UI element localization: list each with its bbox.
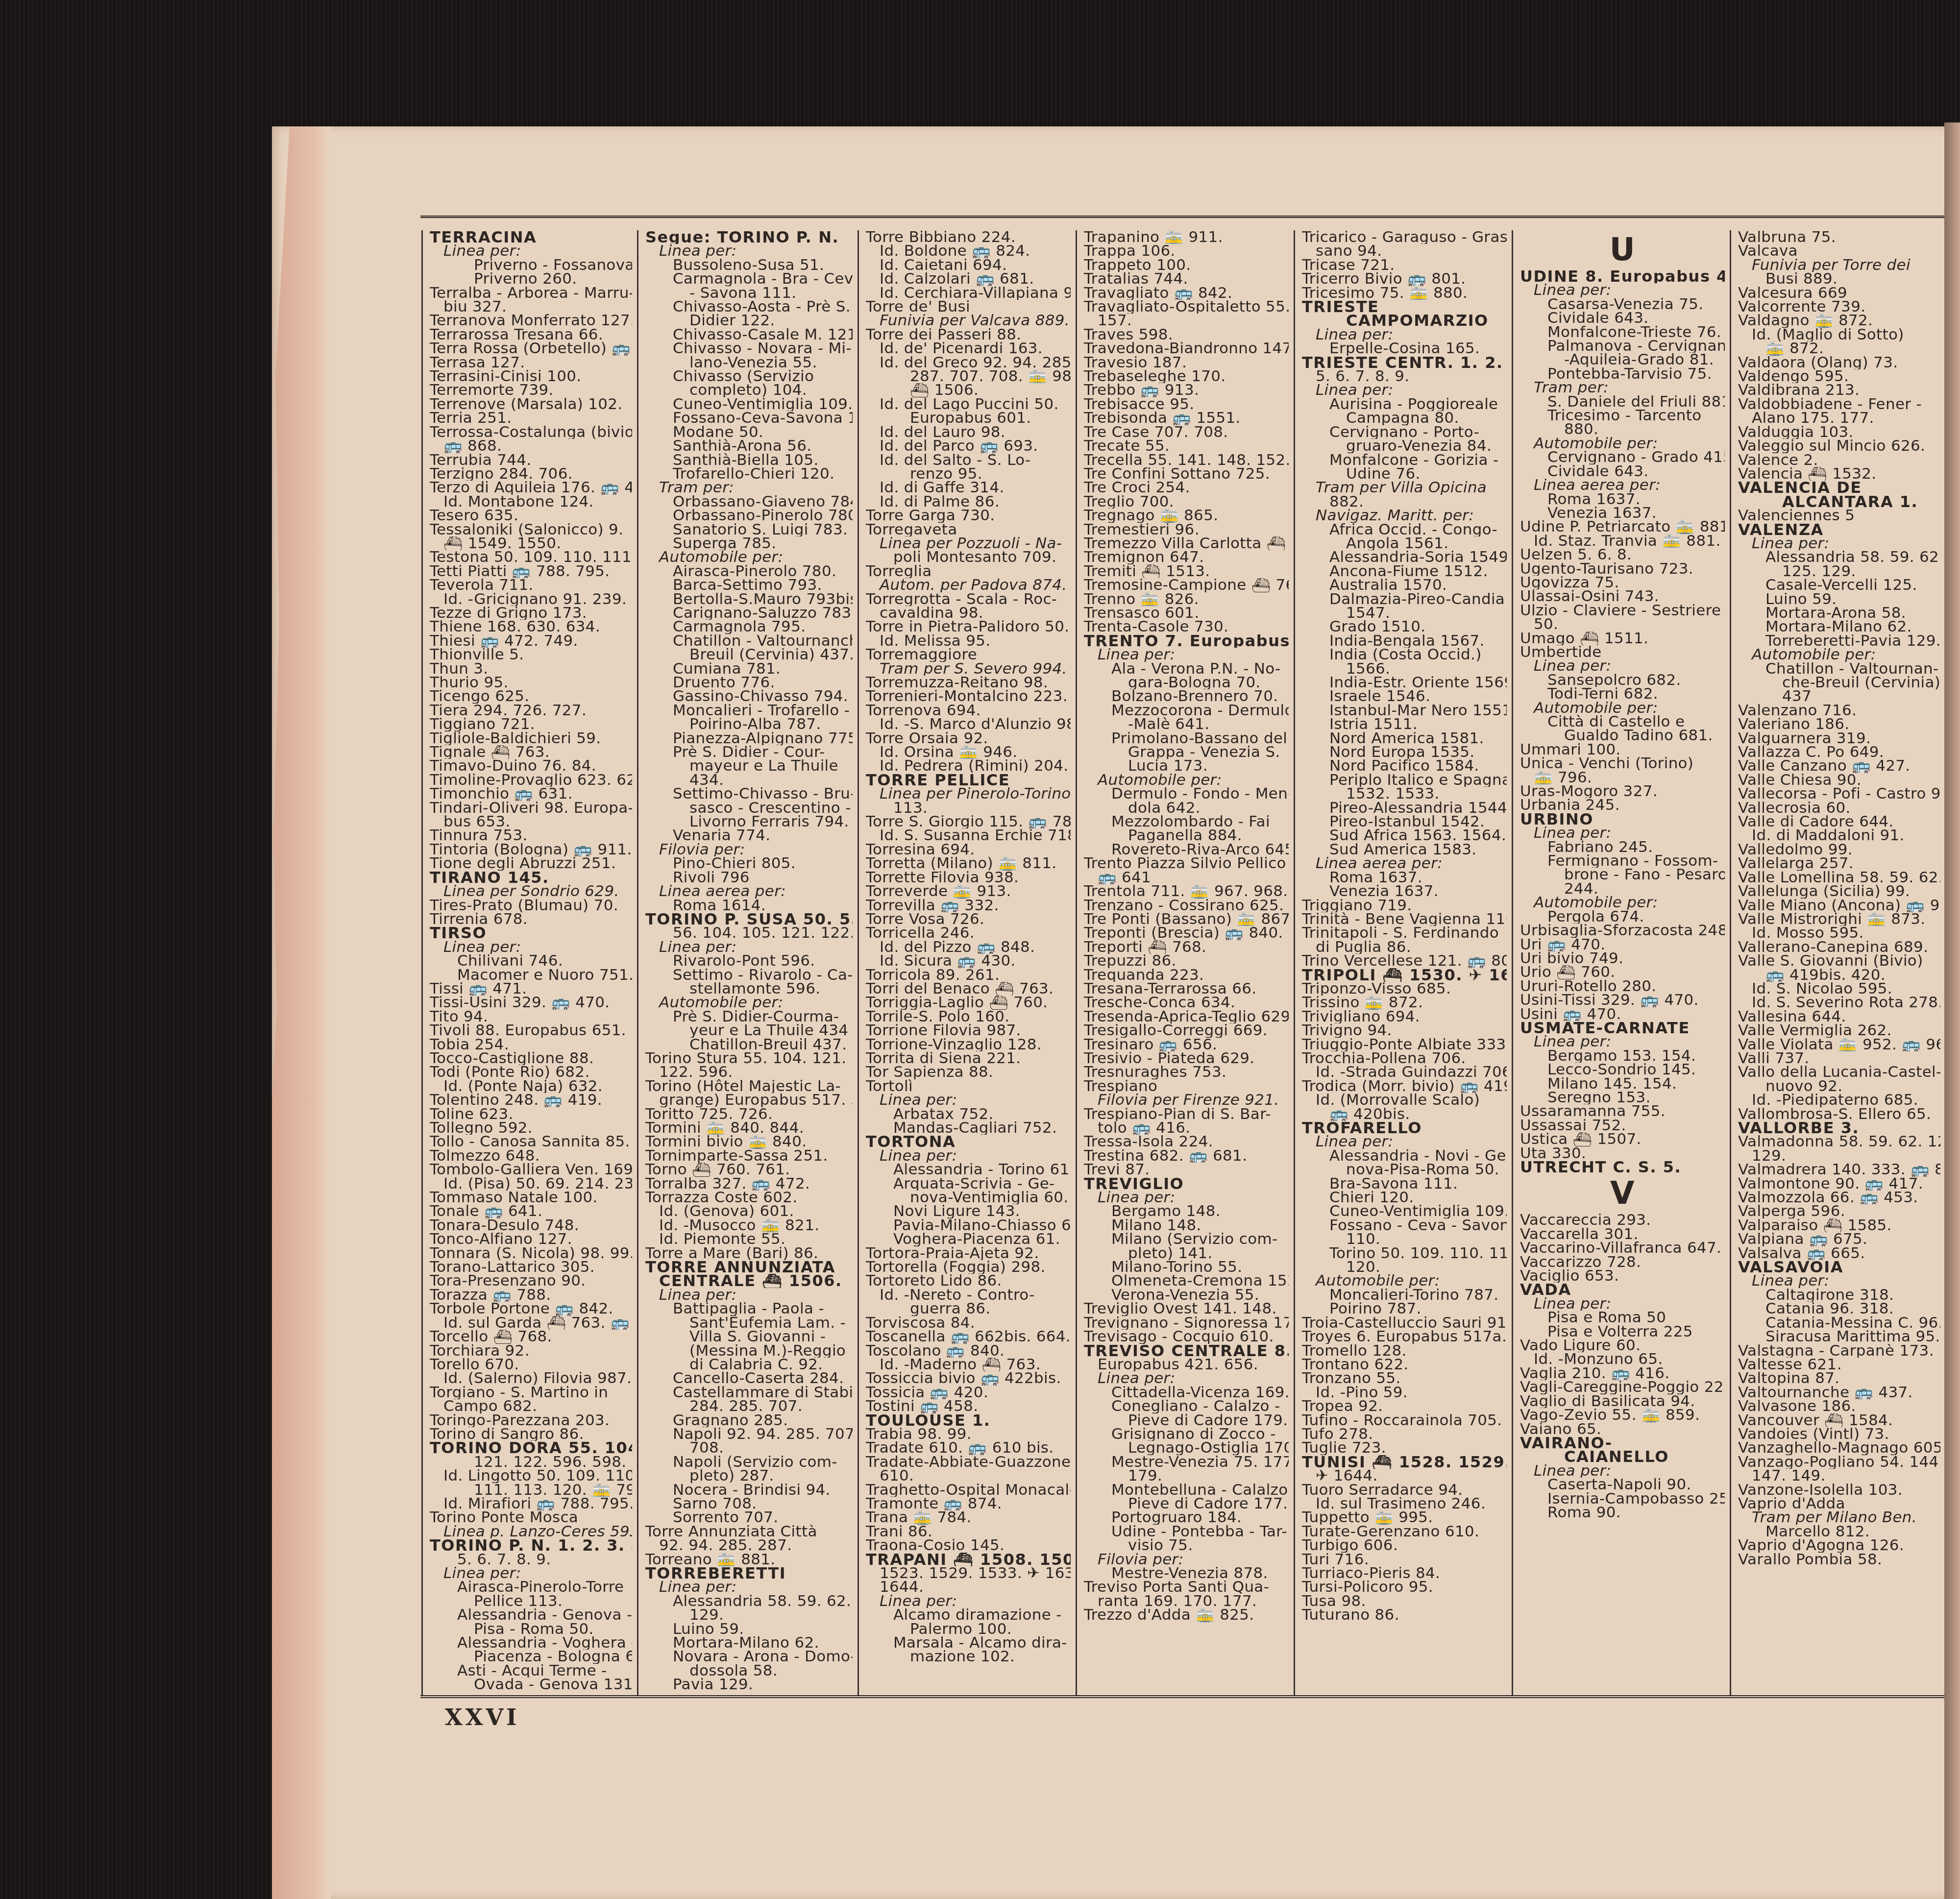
index-entry: Cervignano - Grado 415: [1520, 450, 1725, 464]
index-entry: Cumiana 781.: [645, 662, 853, 676]
index-entry: Castellammare di Stabia: [645, 1386, 853, 1399]
index-entry: 🚌 868.: [430, 439, 632, 453]
index-entry: dola 642.: [1084, 801, 1289, 815]
station-heading: UDINE 8. Europabus 424.: [1520, 269, 1725, 283]
index-entry: Torriggia-Laglio ⛴ 760.: [866, 996, 1071, 1009]
index-entry: Trinitapoli - S. Ferdinando: [1302, 926, 1507, 940]
index-entry: Usini 🚌 470.: [1520, 1007, 1725, 1021]
index-entry: Grado 1510.: [1302, 620, 1507, 633]
index-entry: Urbania 245.: [1520, 798, 1725, 812]
index-entry: Roma 90.: [1520, 1506, 1725, 1519]
index-entry: Valdagno 🚋 872.: [1738, 314, 1940, 327]
index-entry: ⛴ 1549. 1550.: [430, 536, 632, 550]
index-entry: Moncalieri - Trofarello -: [645, 704, 853, 717]
station-heading: Segue: TORINO P. N.: [645, 230, 853, 244]
index-entry: Valsalva 🚌 665.: [1738, 1246, 1940, 1260]
index-entry: Luino 59.: [645, 1622, 853, 1636]
station-heading: CAMPOMARZIO: [1302, 314, 1507, 327]
station-heading: VADA: [1520, 1283, 1725, 1296]
index-entry: Torazza 🚌 788.: [430, 1288, 632, 1302]
index-entry: Filovia per:: [645, 843, 853, 856]
index-entry: sasco - Crescentino -: [645, 801, 853, 815]
index-entry: 1532. 1533.: [1302, 787, 1507, 801]
index-entry: Torretta (Milano) 🚋 811.: [866, 856, 1071, 870]
index-entry: Torino Stura 55. 104. 121.: [645, 1051, 853, 1065]
index-entry: Conegliano - Calalzo -: [1084, 1399, 1289, 1413]
index-entry: Santhià-Biella 105.: [645, 453, 853, 467]
index-entry: Città di Castello e: [1520, 715, 1725, 729]
index-entry: Trensasco 601.: [1084, 606, 1289, 620]
index-entry: Valle Miano (Ancona) 🚌 937.: [1738, 899, 1940, 912]
index-entry: Valeggio sul Mincio 626.: [1738, 439, 1940, 453]
index-entry: Istanbul-Mar Nero 1551: [1302, 704, 1507, 717]
index-entry: Pino-Chieri 805.: [645, 856, 853, 870]
index-entry: Vallecrosia 60.: [1738, 801, 1940, 815]
index-entry: Id. -Piedipaterno 685.: [1738, 1093, 1940, 1107]
index-entry: Turbigo 606.: [1302, 1538, 1507, 1552]
index-entry: Tram per Villa Opicina: [1302, 481, 1507, 494]
index-entry: ⛴ 1506.: [866, 383, 1071, 397]
index-entry: Id. di Palme 86.: [866, 495, 1071, 509]
index-entry: Ururi-Rotello 280.: [1520, 979, 1725, 993]
index-entry: Didier 122.: [645, 314, 853, 327]
index-entry: Trevignano - Signoressa 177.: [1084, 1316, 1289, 1330]
index-entry: Tufo 278.: [1302, 1427, 1507, 1441]
index-entry: poli Montesanto 709.: [866, 550, 1071, 564]
index-entry: Trepuzzi 86.: [1084, 954, 1289, 968]
index-entry: Tornimparte-Sassa 251.: [645, 1149, 853, 1163]
index-entry: Campagna 80.: [1302, 411, 1507, 425]
index-entry: Unica - Venchi (Torino): [1520, 756, 1725, 770]
index-entry: Istria 1511.: [1302, 717, 1507, 731]
index-entry: Alessandria 58. 59. 62.: [645, 1594, 853, 1608]
index-entry: Id. Sicura 🚌 430.: [866, 954, 1071, 968]
index-entry: Automobile per:: [1084, 773, 1289, 787]
index-entry: Tufino - Roccarainola 705.: [1302, 1413, 1507, 1427]
index-entry: Id. di Gaffe 314.: [866, 481, 1071, 494]
index-entry: Trissino 🚋 872.: [1302, 996, 1507, 1009]
index-entry: Tires-Prato (Blumau) 70.: [430, 899, 632, 912]
index-entry: Vaccarizzo 728.: [1520, 1255, 1725, 1269]
index-entry: Tolmezzo 648.: [430, 1149, 632, 1163]
index-entry: Linea per:: [430, 940, 632, 954]
index-entry: Modane 50.: [645, 425, 853, 439]
index-entry: Pisa e Volterra 225: [1520, 1325, 1725, 1339]
index-entry: Linea per:: [1520, 659, 1725, 673]
index-entry: 110.: [1302, 1232, 1507, 1246]
index-entry: Verona-Venezia 55.: [1084, 1288, 1289, 1302]
index-entry: Vaccarino-Villafranca 647.: [1520, 1241, 1725, 1255]
index-entry: nova-Ventimiglia 60.: [866, 1191, 1071, 1204]
index-entry: Timonchio 🚌 631.: [430, 787, 632, 801]
index-entry: Torresina 694.: [866, 843, 1071, 856]
index-entry: Sud Africa 1563. 1564.: [1302, 828, 1507, 842]
index-entry: Tregnago 🚋 865.: [1084, 509, 1289, 522]
index-entry: Settimo-Chivasso - Bru-: [645, 787, 853, 801]
index-entry: 56. 104. 105. 121. 122.: [645, 926, 853, 940]
index-entry: Terranova Monferrato 127.: [430, 314, 632, 327]
index-entry: Tuoro Serradarce 94.: [1302, 1483, 1507, 1497]
index-entry: Tivoli 88. Europabus 651.: [430, 1023, 632, 1037]
index-entry: Tortora-Praia-Ajeta 92.: [866, 1246, 1071, 1260]
index-entry: Id. Piemonte 55.: [645, 1232, 853, 1246]
index-entry: Id. -Pino 59.: [1302, 1386, 1507, 1399]
index-entry: Tremiti ⛴ 1513.: [1084, 564, 1289, 578]
index-entry: Automobile per:: [645, 996, 853, 1009]
index-entry: Campo 682.: [430, 1399, 632, 1413]
index-entry: Id. di Maddaloni 91.: [1738, 828, 1940, 842]
index-entry: tolo 🚌 416.: [1084, 1121, 1289, 1135]
index-entry: Caltagirone 318.: [1738, 1288, 1940, 1302]
index-entry: Torregaveta: [866, 523, 1071, 536]
index-entry: Ovada - Genova 131.: [430, 1678, 632, 1691]
index-entry: 122. 596.: [645, 1065, 853, 1079]
index-entry: Linea per:: [1738, 1274, 1940, 1288]
page-fold: [1944, 122, 1960, 1899]
index-entry: 🚋 796.: [1520, 771, 1725, 784]
index-entry: Mestre-Venezia 878.: [1084, 1566, 1289, 1580]
index-entry: Valmadonna 58. 59. 62. 125.: [1738, 1135, 1940, 1148]
index-entry: Trappeto 100.: [1084, 258, 1289, 272]
station-heading: TORINO P. N. 1. 2. 3. 4.: [430, 1538, 632, 1552]
index-entry: Id. S. Nicolao 595.: [1738, 982, 1940, 996]
index-entry: Chatillon - Valtournan-: [1738, 662, 1940, 676]
index-entry: Turriaco-Pieris 84.: [1302, 1566, 1507, 1580]
station-heading: TUNISI ⛴ 1528. 1529.: [1302, 1455, 1507, 1469]
index-entry: Linea per Sondrio 629.: [430, 884, 632, 898]
index-entry: Urio ⛴ 760.: [1520, 965, 1725, 979]
index-entry: Tintoria (Bologna) 🚌 911.: [430, 843, 632, 856]
index-entry: Ulassai-Osini 743.: [1520, 589, 1725, 603]
index-entry: Tram per Milano Ben.: [1738, 1510, 1940, 1524]
index-entry: India-Estr. Oriente 1569: [1302, 676, 1507, 689]
index-entry: Valdibrana 213.: [1738, 383, 1940, 397]
index-entry: Cuneo-Ventimiglia 109.: [1302, 1204, 1507, 1218]
index-entry: Barca-Settimo 793.: [645, 578, 853, 592]
index-entry: Vallombrosa-S. Ellero 65.: [1738, 1107, 1940, 1121]
index-entry: Id. (Maglio di Sotto): [1738, 328, 1940, 341]
index-entry: Tricarico - Garaguso - Gras-: [1302, 230, 1507, 244]
index-entry: Chatillon-Breuil 437.: [645, 1038, 853, 1051]
station-heading: TORINO DORA 55. 104.: [430, 1441, 632, 1455]
index-entry: Trebisonda 🚌 1551.: [1084, 411, 1289, 425]
index-entry: Poirino-Alba 787.: [645, 717, 853, 731]
index-entry: (Messina M.)-Reggio: [645, 1344, 853, 1358]
index-entry: Vallesina 644.: [1738, 1010, 1940, 1023]
index-entry: Torano-Lattarico 305.: [430, 1260, 632, 1274]
index-entry: Milano (Servizio com-: [1084, 1232, 1289, 1246]
index-entry: Trecella 55. 141. 148. 152.: [1084, 453, 1289, 467]
index-entry: Torrenieri-Montalcino 223.: [866, 689, 1071, 703]
index-entry: Catania 96. 318.: [1738, 1302, 1940, 1315]
index-entry: 434.: [645, 773, 853, 787]
index-entry: - Savona 111.: [645, 286, 853, 300]
section-letter: V: [1520, 1174, 1725, 1213]
index-entry: Catania-Messina C. 96.: [1738, 1316, 1940, 1330]
index-entry: Linea per Pinerolo-Torino: [866, 787, 1071, 801]
index-entry: Trani 86.: [866, 1525, 1071, 1538]
index-entry: Timavo-Duino 76. 84.: [430, 759, 632, 773]
index-entry: Valledolmo 99.: [1738, 843, 1940, 856]
index-entry: Tossiccia bivio 🚌 422bis.: [866, 1371, 1071, 1385]
index-entry: Valmadrera 140. 333. 🚌 834.: [1738, 1163, 1940, 1176]
index-entry: Tormini bivio 🚋 840.: [645, 1135, 853, 1148]
index-entry: Linea aerea per:: [1520, 478, 1725, 492]
index-entry: Sant'Eufemia Lam. -: [645, 1316, 853, 1330]
index-entry: Vanzone-Isolella 103.: [1738, 1483, 1940, 1497]
station-heading: TORRE ANNUNZIATA: [645, 1260, 853, 1274]
station-heading: ALCANTARA 1.: [1738, 495, 1940, 509]
index-entry: Id. del Lauro 98.: [866, 425, 1071, 439]
index-entry: Triggiano 719.: [1302, 899, 1507, 912]
index-entry: Sansepolcro 682.: [1520, 673, 1725, 687]
index-entry: Ugento-Taurisano 723.: [1520, 562, 1725, 576]
index-entry: Terrasa 127.: [430, 356, 632, 369]
index-entry: Prè S. Didier-Courma-: [645, 1010, 853, 1023]
index-entry: di Calabria C. 92.: [645, 1358, 853, 1371]
index-entry: Cividale 643.: [1520, 464, 1725, 478]
index-entry: Tindari-Oliveri 98. Europa-: [430, 801, 632, 815]
station-heading: TRIESTE CENTR. 1. 2. 3.: [1302, 356, 1507, 369]
index-entry: Tiera 294. 726. 727.: [430, 704, 632, 717]
index-entry: Terria 251.: [430, 411, 632, 425]
index-entry: Valmontone 90. 🚌 417.: [1738, 1177, 1940, 1191]
index-entry: Automobile per:: [1520, 437, 1725, 450]
index-entry: Id. del Greco 92. 94. 285.: [866, 356, 1071, 369]
index-entry: Valeriano 186.: [1738, 717, 1940, 731]
index-entry: Valle Canzano 🚌 427.: [1738, 759, 1940, 773]
index-entry: Torralba 327. 🚌 472.: [645, 1177, 853, 1191]
index-entry: Tresana-Terrarossa 66.: [1084, 982, 1289, 996]
index-entry: Pavia-Milano-Chiasso 60: [866, 1218, 1071, 1232]
index-entry: Tratalias 744.: [1084, 272, 1289, 286]
station-heading: TRENTO 7. Europabus 606.: [1084, 634, 1289, 648]
index-entry: Id. (Genova) 601.: [645, 1204, 853, 1218]
index-entry: Trocchia-Pollena 706.: [1302, 1051, 1507, 1065]
index-entry: Linea per:: [430, 244, 632, 258]
index-entry: Dermulo - Fondo - Men-: [1084, 787, 1289, 801]
index-entry: Venezia 1637.: [1520, 506, 1725, 520]
index-entry: 1644.: [866, 1580, 1071, 1594]
index-entry: Linea per:: [1084, 1191, 1289, 1204]
index-entry: Automobile per:: [1520, 701, 1725, 715]
index-entry: Bolzano-Brennero 70.: [1084, 689, 1289, 703]
index-entry: Tobia 254.: [430, 1038, 632, 1051]
index-entry: Trebaseleghe 170.: [1084, 369, 1289, 383]
index-entry: Linea per:: [1302, 328, 1507, 341]
index-entry: 129.: [1738, 1149, 1940, 1163]
index-entry: Siracusa Marittima 95.: [1738, 1330, 1940, 1343]
index-entry: Valence 2.: [1738, 453, 1940, 467]
index-entry: Napoli (Servizio com-: [645, 1455, 853, 1469]
index-entry: Nord America 1581.: [1302, 731, 1507, 745]
index-entry: Linea aerea per:: [645, 884, 853, 898]
index-entry: Mezzolombardo - Fai: [1084, 815, 1289, 828]
index-entry: Tresenda-Aprica-Teglio 629.: [1084, 1010, 1289, 1023]
index-entry: Angola 1561.: [1302, 536, 1507, 550]
index-entry: Tiggiano 721.: [430, 717, 632, 731]
station-heading: TREVIGLIO: [1084, 1177, 1289, 1191]
station-heading: TIRANO 145.: [430, 871, 632, 884]
index-entry: Id. -Monzuno 65.: [1520, 1352, 1725, 1366]
index-entry: 1566.: [1302, 662, 1507, 676]
index-entry: Gragnano 285.: [645, 1413, 853, 1427]
index-entry: Priverno 260.: [430, 272, 632, 286]
index-entry: Id. Mirafiori 🚌 788. 795.: [430, 1497, 632, 1510]
index-entry: Triponzo-Visso 685.: [1302, 982, 1507, 996]
index-entry: Tradate-Abbiate-Guazzone: [866, 1455, 1071, 1469]
index-entry: Terra Rossa (Orbetello) 🚌 677: [430, 341, 632, 355]
index-entry: 111. 113. 120. 🚋 790.: [430, 1483, 632, 1497]
index-entry: Tollegno 592.: [430, 1121, 632, 1135]
index-entry: Chivasso (Servizio: [645, 369, 853, 383]
index-entry: Pergola 674.: [1520, 910, 1725, 924]
index-entry: Trana 🚋 784.: [866, 1510, 1071, 1524]
index-entry: India (Costa Occid.): [1302, 648, 1507, 661]
index-entry: Tremignon 647.: [1084, 550, 1289, 564]
index-entry: Torino 50. 109. 110. 111.: [1302, 1246, 1507, 1260]
index-entry: Terrarossa Tresana 66.: [430, 328, 632, 341]
index-entry: 5. 6. 7. 8. 9.: [1302, 369, 1507, 383]
index-entry: Paganella 884.: [1084, 828, 1289, 842]
index-entry: Chivasso-Casale M. 121.: [645, 328, 853, 341]
index-entry: Novi Ligure 143.: [866, 1204, 1071, 1218]
index-entry: Torrita di Siena 221.: [866, 1051, 1071, 1065]
index-entry: Fabriano 245.: [1520, 840, 1725, 854]
index-entry: 5. 6. 7. 8. 9.: [430, 1553, 632, 1566]
index-entry: Pieve di Cadore 177.: [1084, 1497, 1289, 1510]
index-entry: Tursi-Policoro 95.: [1302, 1580, 1507, 1594]
index-entry: Trenta-Casole 730.: [1084, 620, 1289, 633]
index-entry: gruaro-Venezia 84.: [1302, 439, 1507, 453]
index-entry: Roma 1637.: [1520, 492, 1725, 506]
index-entry: Torbole Portone 🚌 842.: [430, 1302, 632, 1315]
index-entry: Torrenova 694.: [866, 704, 1071, 717]
index-entry: 129.: [645, 1608, 853, 1622]
index-entry: Europabus 601.: [866, 411, 1071, 425]
index-entry: Napoli 92. 94. 285. 707.: [645, 1427, 853, 1441]
index-entry: Santhià-Arona 56.: [645, 439, 853, 453]
index-entry: 125. 129.: [1738, 564, 1940, 578]
station-heading: TRAPANI ⛴ 1508. 1509.: [866, 1553, 1071, 1566]
index-entry: Udine - Pontebba - Tar-: [1084, 1525, 1289, 1538]
index-entry: Tuppetto 🚋 995.: [1302, 1510, 1507, 1524]
index-entry: Traves 598.: [1084, 328, 1289, 341]
index-entry: Linea per:: [1302, 1135, 1507, 1148]
index-entry: Linea per:: [1084, 648, 1289, 661]
index-entry: Lucia 173.: [1084, 759, 1289, 773]
index-entry: Id. -S. Marco d'Alunzio 98: [866, 717, 1071, 731]
index-entry: Tre Croci 254.: [1084, 481, 1289, 494]
index-entry: grange) Europabus 517. 517a.: [645, 1093, 853, 1107]
index-entry: S. Daniele del Friuli 881.: [1520, 395, 1725, 409]
index-entry: Troyes 6. Europabus 517a.: [1302, 1330, 1507, 1343]
index-entry: Portogruaro 184.: [1084, 1510, 1289, 1524]
index-entry: Vallerano-Canepina 689.: [1738, 940, 1940, 954]
index-entry: Novara - Arona - Domo-: [645, 1650, 853, 1663]
index-entry: Travedona-Biandronno 147.: [1084, 341, 1289, 355]
index-entry: Trinità - Bene Vagienna 110.: [1302, 912, 1507, 926]
index-entry: Arquata-Scrivia - Ge-: [866, 1177, 1071, 1191]
index-entry: Alessandria 58. 59. 62.: [1738, 550, 1940, 564]
index-entry: Torregrotta - Scala - Roc-: [866, 592, 1071, 606]
index-entry: Torre Orsaia 92.: [866, 731, 1071, 745]
index-entry: Torre Bibbiano 224.: [866, 230, 1071, 244]
index-entry: mazione 102.: [866, 1650, 1071, 1663]
index-entry: ranta 169. 170. 177.: [1084, 1594, 1289, 1608]
index-entry: Milano-Torino 55.: [1084, 1260, 1289, 1274]
index-entry: Valle S. Giovanni (Bivio): [1738, 954, 1940, 968]
index-entry: brone - Fano - Pesaro: [1520, 868, 1725, 881]
index-entry: Vagli-Careggine-Poggio 227.: [1520, 1380, 1725, 1394]
index-entry: Trento Piazza Silvio Pellico: [1084, 856, 1289, 870]
index-entry: Treponti (Brescia) 🚌 840.: [1084, 926, 1289, 940]
index-entry: Airasca-Pinerolo 780.: [645, 564, 853, 578]
index-entry: Trenno 🚋 826.: [1084, 592, 1289, 606]
index-entry: 1547.: [1302, 606, 1507, 620]
index-entry: Linea per:: [1738, 536, 1940, 550]
index-entry: Legnago-Ostiglia 170.: [1084, 1441, 1289, 1455]
index-entry: Cittadella-Vicenza 169.: [1084, 1386, 1289, 1399]
index-entry: Ussassai 752.: [1520, 1119, 1725, 1132]
station-heading: VALENCIA DE: [1738, 481, 1940, 494]
index-entry: Linea per:: [1520, 1035, 1725, 1048]
index-entry: Valenciennes 5: [1738, 509, 1940, 522]
index-entry: Valdaora (Olang) 73.: [1738, 356, 1940, 369]
index-entry: di Puglia 86.: [1302, 940, 1507, 954]
index-entry: Valperga 596.: [1738, 1204, 1940, 1218]
index-entry: Livorno Ferraris 794.: [645, 815, 853, 828]
index-entry: Roma 1614.: [645, 899, 853, 912]
index-entry: Tombolo-Galliera Ven. 169.: [430, 1163, 632, 1176]
index-entry: 147. 149.: [1738, 1469, 1940, 1483]
station-heading: TREVISO CENTRALE 8.: [1084, 1344, 1289, 1358]
station-heading: VALSAVOIA: [1738, 1260, 1940, 1274]
index-entry: Funivia per Valcava 889.: [866, 314, 1071, 327]
index-entry: Torviscosa 84.: [866, 1316, 1071, 1330]
index-entry: 610.: [866, 1469, 1071, 1483]
index-entry: Casale-Vercelli 125.: [1738, 578, 1940, 592]
index-entry: Toline 623.: [430, 1107, 632, 1121]
index-entry: Tommaso Natale 100.: [430, 1191, 632, 1204]
index-entry: Priverno - Fossanova -: [430, 258, 632, 272]
station-heading: URBINO: [1520, 812, 1725, 826]
index-entry: Africa Occid. - Congo-: [1302, 523, 1507, 536]
station-heading: TORTONA: [866, 1135, 1071, 1148]
index-entry: Id. del Salto - S. Lo-: [866, 453, 1071, 467]
index-entry: Linea per Pozzuoli - Na-: [866, 536, 1071, 550]
index-entry: Torremaggiore: [866, 648, 1071, 661]
index-entry: Bussoleno-Susa 51.: [645, 258, 853, 272]
station-heading: TORINO P. SUSA 50. 55.: [645, 912, 853, 926]
index-entry: Linea per:: [866, 1149, 1071, 1163]
index-entry: Tradate 610. 🚌 610 bis.: [866, 1441, 1071, 1455]
index-column-6: UUDINE 8. Europabus 424.Linea per:Casars…: [1512, 230, 1730, 1695]
index-entry: Id. Orsina 🚋 946.: [866, 745, 1071, 759]
index-entry: 🚌 641: [1084, 871, 1289, 884]
index-entry: Vaccarella 301.: [1520, 1227, 1725, 1241]
index-entry: Tocco-Castiglione 88.: [430, 1051, 632, 1065]
index-entry: Tostini 🚌 458.: [866, 1399, 1071, 1413]
index-entry: Valdengo 595.: [1738, 369, 1940, 383]
index-entry: Sarno 708.: [645, 1497, 853, 1510]
index-entry: Torricella 246.: [866, 926, 1071, 940]
index-entry: Id. Melissa 95.: [866, 634, 1071, 648]
index-entry: Palermo 100.: [866, 1622, 1071, 1636]
index-entry: Trofarello-Chieri 120.: [645, 467, 853, 481]
index-entry: Id. de' Picenardi 163.: [866, 341, 1071, 355]
index-entry: Valdobbiadene - Fener -: [1738, 397, 1940, 411]
